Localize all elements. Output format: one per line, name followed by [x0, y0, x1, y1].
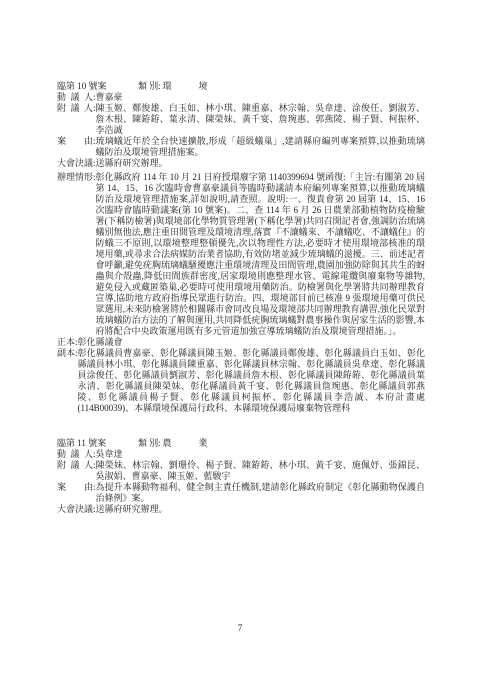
handling-label: 辦理情形:	[57, 172, 96, 183]
mover-row: 動 議 人: 曹嘉豪	[57, 92, 425, 103]
case-number: 臨第 11 號案	[57, 438, 138, 449]
original-copy-row: 正本: 彰化縣議會	[57, 337, 425, 348]
resolution-label: 大會決議:	[57, 504, 96, 515]
seconders-value: 陳玉姬、鄭俊雄、白玉如、林小琪、陳重嘉、林宗翰、吳韋達、涂俊任、劉淑芳、詹木根、…	[96, 103, 425, 136]
resolution-row: 大會決議: 送縣府研究辦理。	[57, 504, 425, 515]
seconders-value: 陳榮妹、林宗翰、劉珊伶、楊子賢、陳銌銌、林小琪、黃千宴、施佩妤、張錦昆、吳淑娟、…	[96, 460, 425, 482]
resolution-value: 送縣府研究辦理。	[96, 504, 425, 515]
original-label: 正本:	[57, 337, 78, 348]
mover-row: 動 議 人: 吳韋達	[57, 449, 425, 460]
document-page: 臨第 10 號案 類 別: 環 境 動 議 人: 曹嘉豪 附 議 人: 陳玉姬、…	[0, 0, 480, 679]
seconders-label: 附 議 人:	[57, 103, 96, 114]
case-section-10: 臨第 10 號案 類 別: 環 境 動 議 人: 曹嘉豪 附 議 人: 陳玉姬、…	[57, 81, 425, 414]
subject-row: 案 由: 琉璃蟻近年於全台快速擴散,形成「超級蟻巢」,建請縣府編列專案預算,以推…	[57, 136, 425, 158]
handling-value: 彰化縣政府 114 年 10 月 21 日府授環廢字第 1140399694 號…	[96, 172, 425, 337]
seconders-label: 附 議 人:	[57, 460, 96, 471]
category-value: 農 業	[163, 438, 208, 449]
category-label: 類 別:	[138, 81, 161, 92]
case-header: 臨第 11 號案 類 別: 農 業	[57, 438, 425, 449]
document-content: 臨第 10 號案 類 別: 環 境 動 議 人: 曹嘉豪 附 議 人: 陳玉姬、…	[57, 81, 425, 515]
resolution-label: 大會決議:	[57, 158, 96, 169]
category-value: 環 境	[163, 81, 208, 92]
category-label: 類 別:	[138, 438, 161, 449]
mover-label: 動 議 人:	[57, 92, 96, 103]
copy-value: 彰化縣議員曹嘉豪、彰化縣議員陳玉姬、彰化縣議員鄭俊雄、彰化縣議員白玉如、彰化縣議…	[78, 348, 425, 414]
original-value: 彰化縣議會	[78, 337, 425, 348]
subject-value: 為提升本縣動物福利、健全飼主責任機制,建請彰化縣政府制定《彰化縣動物保護自治條例…	[96, 482, 425, 504]
case-header: 臨第 10 號案 類 別: 環 境	[57, 81, 425, 92]
mover-value: 曹嘉豪	[96, 92, 425, 103]
seconders-row: 附 議 人: 陳玉姬、鄭俊雄、白玉如、林小琪、陳重嘉、林宗翰、吳韋達、涂俊任、劉…	[57, 103, 425, 136]
carbon-copy-row: 副本: 彰化縣議員曹嘉豪、彰化縣議員陳玉姬、彰化縣議員鄭俊雄、彰化縣議員白玉如、…	[57, 348, 425, 414]
subject-row: 案 由: 為提升本縣動物福利、健全飼主責任機制,建請彰化縣政府制定《彰化縣動物保…	[57, 482, 425, 504]
case-number: 臨第 10 號案	[57, 81, 138, 92]
handling-row: 辦理情形: 彰化縣政府 114 年 10 月 21 日府授環廢字第 114039…	[57, 172, 425, 337]
subject-label: 案 由:	[57, 482, 96, 493]
copy-label: 副本:	[57, 348, 78, 359]
seconders-row: 附 議 人: 陳榮妹、林宗翰、劉珊伶、楊子賢、陳銌銌、林小琪、黃千宴、施佩妤、張…	[57, 460, 425, 482]
subject-value: 琉璃蟻近年於全台快速擴散,形成「超級蟻巢」,建請縣府編列專案預算,以推動琉璃蟻防…	[96, 136, 425, 158]
mover-value: 吳韋達	[96, 449, 425, 460]
page-number: 7	[0, 623, 480, 634]
mover-label: 動 議 人:	[57, 449, 96, 460]
subject-label: 案 由:	[57, 136, 96, 147]
case-section-11: 臨第 11 號案 類 別: 農 業 動 議 人: 吳韋達 附 議 人: 陳榮妹、…	[57, 438, 425, 515]
resolution-value: 送縣府研究辦理。	[96, 158, 425, 169]
resolution-row: 大會決議: 送縣府研究辦理。	[57, 158, 425, 169]
